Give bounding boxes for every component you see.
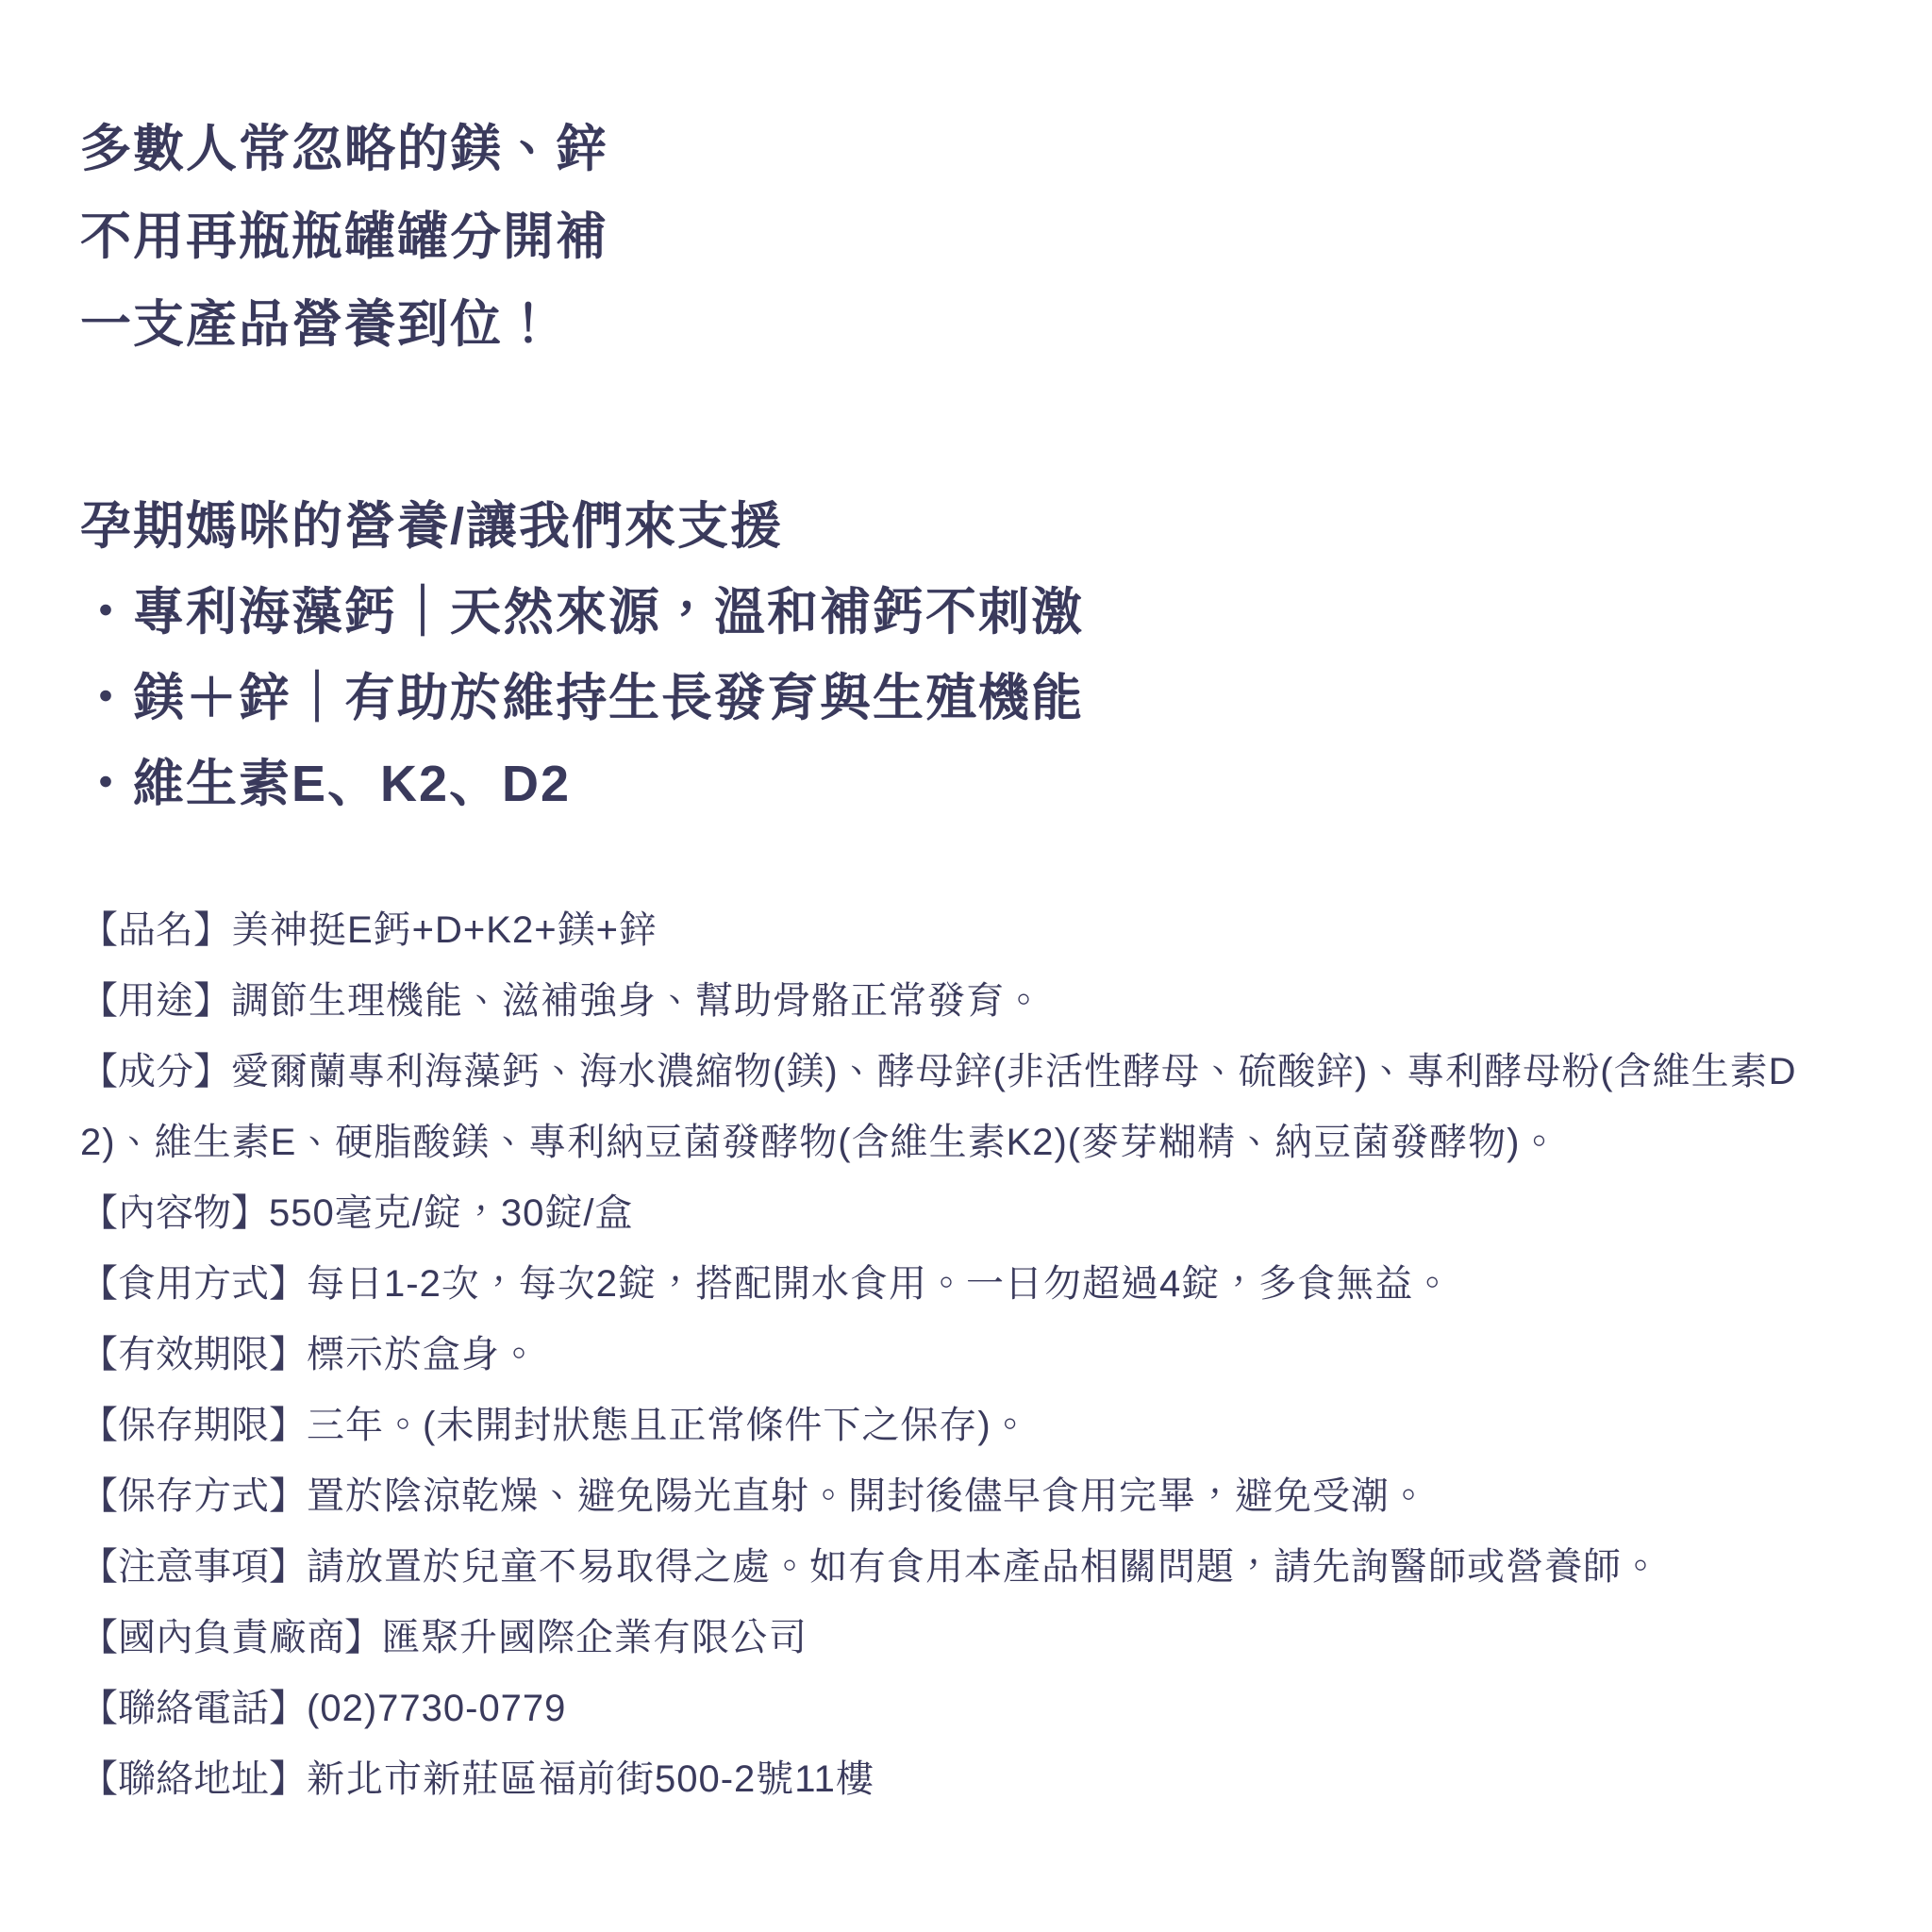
spec-label: 【內容物】	[80, 1192, 269, 1234]
spec-value: 新北市新莊區福前街500-2號11樓	[307, 1758, 874, 1800]
feature-bullet-magnesium-zinc: ・鎂＋鋅｜有助於維持生長發育與生殖機能	[80, 656, 1858, 741]
product-description-page: 多數人常忽略的鎂、鋅 不用再瓶瓶罐罐分開補 一支產品營養到位！ 孕期媽咪的營養/…	[0, 0, 1932, 1932]
spec-row-contents: 【內容物】550毫克/錠，30錠/盒	[80, 1178, 1858, 1249]
feature-bullet-vitamins: ・維生素E、K2、D2	[80, 741, 1858, 827]
spec-label: 【國內負責廠商】	[80, 1617, 382, 1658]
spec-value: 每日1-2次，每次2錠，搭配開水食用。一日勿超過4錠，多食無益。	[307, 1263, 1452, 1305]
spec-row-directions: 【食用方式】每日1-2次，每次2錠，搭配開水食用。一日勿超過4錠，多食無益。	[80, 1249, 1858, 1320]
spec-value: 調節生理機能、滋補強身、幫助骨骼正常發育。	[231, 980, 1043, 1022]
spec-label: 【用途】	[80, 980, 231, 1022]
spec-value: 美神挺E鈣+D+K2+鎂+鋅	[231, 909, 658, 951]
feature-highlights: 孕期媽咪的營養/讓我們來支援 ・專利海藻鈣｜天然來源，溫和補鈣不刺激 ・鎂＋鋅｜…	[80, 484, 1858, 827]
spec-label: 【品名】	[80, 909, 231, 951]
spec-label: 【聯絡電話】	[80, 1688, 307, 1729]
spec-row-address: 【聯絡地址】新北市新莊區福前街500-2號11樓	[80, 1744, 1858, 1815]
spec-row-ingredients: 【成分】愛爾蘭專利海藻鈣、海水濃縮物(鎂)、酵母鋅(非活性酵母、硫酸鋅)、專利酵…	[80, 1037, 1858, 1178]
spec-label: 【保存方式】	[80, 1475, 307, 1517]
spec-value: 550毫克/錠，30錠/盒	[269, 1192, 633, 1234]
features-heading: 孕期媽咪的營養/讓我們來支援	[80, 484, 1858, 570]
spec-row-phone: 【聯絡電話】(02)7730-0779	[80, 1674, 1858, 1744]
spec-label: 【有效期限】	[80, 1334, 307, 1375]
spec-row-expiry: 【有效期限】標示於盒身。	[80, 1320, 1858, 1391]
spec-label: 【食用方式】	[80, 1263, 307, 1305]
hero-line-2: 不用再瓶瓶罐罐分開補	[80, 193, 1858, 281]
spec-value: 三年。(未開封狀態且正常條件下之保存)。	[307, 1405, 1030, 1446]
spec-label: 【成分】	[80, 1051, 231, 1092]
spec-value: 置於陰涼乾燥、避免陽光直射。開封後儘早食用完畢，避免受潮。	[307, 1475, 1428, 1517]
spec-value: (02)7730-0779	[307, 1688, 566, 1729]
spec-label: 【注意事項】	[80, 1546, 307, 1588]
product-spec-list: 【品名】美神挺E鈣+D+K2+鎂+鋅 【用途】調節生理機能、滋補強身、幫助骨骼正…	[80, 895, 1858, 1815]
hero-headlines: 多數人常忽略的鎂、鋅 不用再瓶瓶罐罐分開補 一支產品營養到位！	[80, 106, 1858, 369]
feature-bullet-algae-calcium: ・專利海藻鈣｜天然來源，溫和補鈣不刺激	[80, 570, 1858, 656]
spec-label: 【聯絡地址】	[80, 1758, 307, 1800]
spec-row-product-name: 【品名】美神挺E鈣+D+K2+鎂+鋅	[80, 895, 1858, 966]
hero-line-3: 一支產品營養到位！	[80, 281, 1858, 369]
spec-value: 愛爾蘭專利海藻鈣、海水濃縮物(鎂)、酵母鋅(非活性酵母、硫酸鋅)、專利酵母粉(含…	[80, 1051, 1797, 1163]
hero-line-1: 多數人常忽略的鎂、鋅	[80, 106, 1858, 193]
spec-row-shelf-life: 【保存期限】三年。(未開封狀態且正常條件下之保存)。	[80, 1391, 1858, 1461]
spec-row-usage: 【用途】調節生理機能、滋補強身、幫助骨骼正常發育。	[80, 966, 1858, 1037]
spec-value: 標示於盒身。	[307, 1334, 539, 1375]
spec-row-storage: 【保存方式】置於陰涼乾燥、避免陽光直射。開封後儘早食用完畢，避免受潮。	[80, 1461, 1858, 1532]
spec-row-precautions: 【注意事項】請放置於兒童不易取得之處。如有食用本產品相關問題，請先詢醫師或營養師…	[80, 1532, 1858, 1603]
spec-row-distributor: 【國內負責廠商】匯聚升國際企業有限公司	[80, 1603, 1858, 1674]
spec-label: 【保存期限】	[80, 1405, 307, 1446]
spec-value: 匯聚升國際企業有限公司	[382, 1617, 808, 1658]
spec-value: 請放置於兒童不易取得之處。如有食用本產品相關問題，請先詢醫師或營養師。	[307, 1546, 1660, 1588]
